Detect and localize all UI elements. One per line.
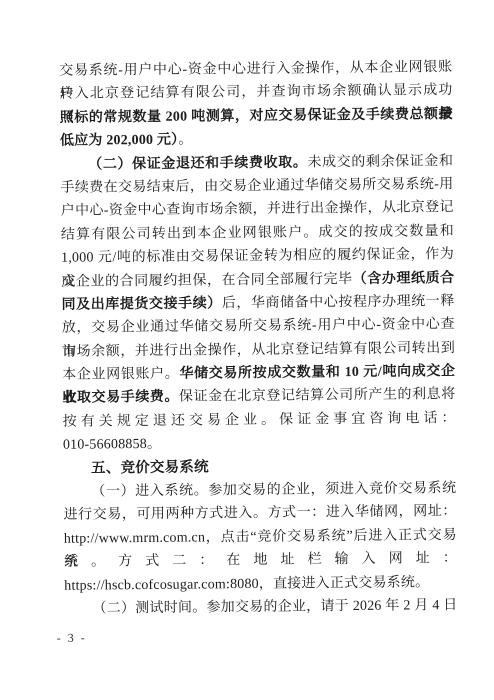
text-line: 转入北京登记结算有限公司，并查询市场余额确认显示成功（按 xyxy=(59,79,452,106)
bold-text-segment: 低应为 202,000 元） xyxy=(60,133,178,149)
text-line: 照标的常规数量 200 吨测算，对应交易保证金及手续费总额最 xyxy=(60,103,453,130)
bold-text-segment: 收取交易手续费。 xyxy=(62,390,179,406)
text-segment: 交企业的合同履约担保，在合同全部履行完毕 xyxy=(61,271,353,289)
text-line: 户中心-资金中心查询市场余额，并进行出金操作，从北京登记 xyxy=(61,196,454,223)
text-segment: 。 xyxy=(178,133,192,148)
text-line: 放，交易企业通过华储交易所交易系统-用户中心-资金中心查询 xyxy=(62,313,455,340)
scanned-sheet: 交易系统-用户中心-资金中心进行入金操作，从本企业网银账户转入北京登记结算有限公… xyxy=(0,0,494,700)
text-segment: 010-56608858。 xyxy=(63,437,161,453)
text-line: 1,000 元/吨的标准由交易保证金转为相应的履约保证金，作为成 xyxy=(61,243,454,270)
bold-text-segment: （二）保证金退还和手续费收取。 xyxy=(88,155,307,172)
text-line: 进行交易，可用两种方式进入。方式一：进入华储网，网址： xyxy=(63,500,456,527)
text-segment: 进行交易，可用两种方式进入。方式一：进入华储网，网址： xyxy=(64,504,457,523)
document-page: 交易系统-用户中心-资金中心进行入金操作，从本企业网银账户转入北京登记结算有限公… xyxy=(0,0,494,700)
text-line: 按有关规定退还交易企业。保证金事宜咨询电话： xyxy=(63,407,456,434)
text-segment: 结算有限公司转出到本企业网银账户。成交的按成交数量和 xyxy=(61,224,454,243)
text-segment: （二）测试时间。参加交易的企业，请于 2026 年 2 月 4 日 xyxy=(92,598,457,617)
text-segment: 手续费在交易结束后，由交易企业通过华储交易所交易系统-用 xyxy=(60,177,453,196)
text-line: （二）测试时间。参加交易的企业，请于 2026 年 2 月 4 日 xyxy=(64,594,457,621)
text-segment: 未成交的剩余保证金和 xyxy=(307,154,453,170)
bold-text-segment: 五、竞价交易系统 xyxy=(91,459,209,476)
page-number: - 3 - xyxy=(57,631,87,646)
bold-text-segment: （含办理纸质合 xyxy=(353,271,455,287)
text-segment: 统。方式二：在地址栏输入网址： xyxy=(64,551,457,570)
bold-text-segment: 照标的常规数量 200 吨测算，对应交易保证金及手续费总额最 xyxy=(60,107,453,126)
text-segment: （一）进入系统。参加交易的企业，须进入竞价交易系统 xyxy=(91,481,456,500)
text-segment: 市场余额，并进行出金操作，从北京登记结算有限公司转出到 xyxy=(62,341,455,360)
text-segment: 后，华商储备中心按程序办理统一释 xyxy=(222,294,455,311)
text-segment: 保证金在北京登记结算公司所产生的利息将 xyxy=(179,387,456,405)
text-segment: 转入北京登记结算有限公司，并查询市场余额确认显示成功 xyxy=(59,83,452,102)
text-segment: 按有关规定退还交易企业。保证金事宜咨询电话： xyxy=(63,411,456,430)
text-segment: 户中心-资金中心查询市场余额，并进行出金操作，从北京登记 xyxy=(61,200,454,219)
text-segment: 本企业网银账户。 xyxy=(62,367,179,383)
document-content: 交易系统-用户中心-资金中心进行入金操作，从本企业网银账户转入北京登记结算有限公… xyxy=(59,56,457,621)
text-segment: https://hscb.cofcosugar.com:8080，直接进入正式交… xyxy=(64,575,429,594)
bold-text-segment: 同及出库提货交接手续） xyxy=(61,296,221,313)
text-line: 统。方式二：在地址栏输入网址： xyxy=(64,547,457,574)
